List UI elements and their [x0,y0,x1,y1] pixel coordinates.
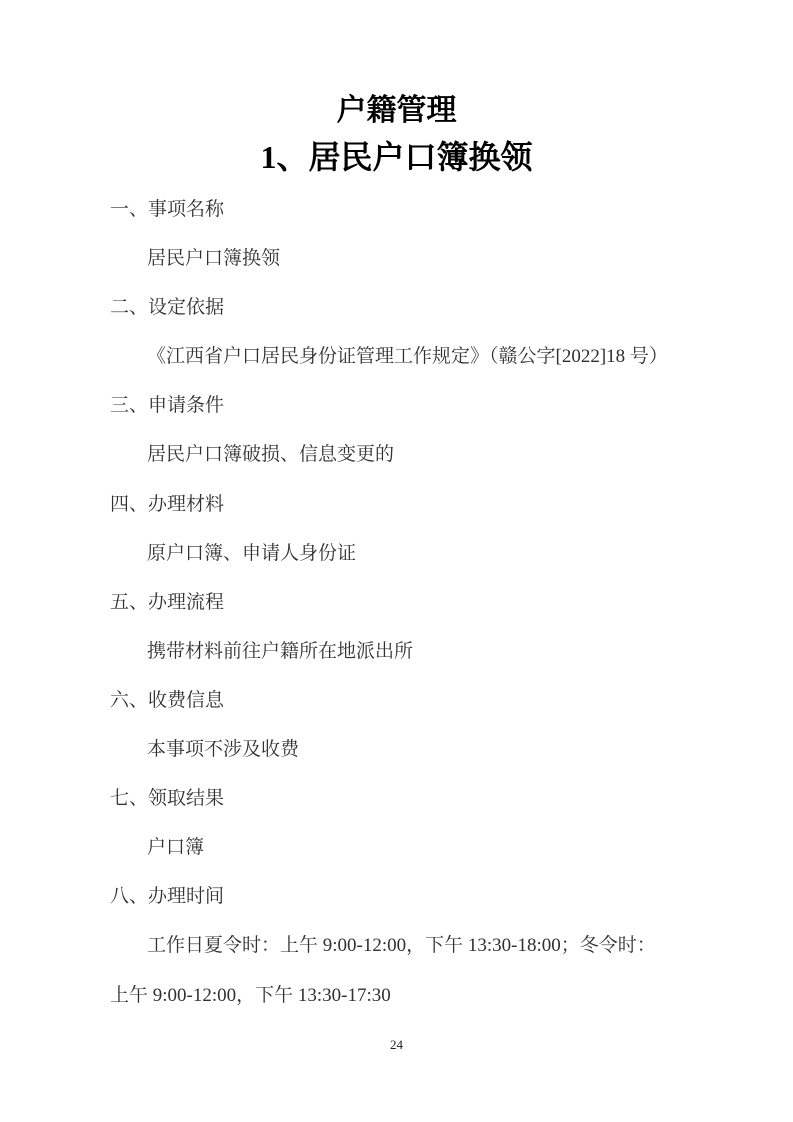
section-7-heading: 七、领取结果 [110,774,683,823]
document-body: 一、事项名称 居民户口簿换领 二、设定依据 《江西省户口居民身份证管理工作规定》… [110,185,683,1020]
page-number: 24 [0,1036,793,1054]
section-4-content: 原户口簿、申请人身份证 [110,529,683,578]
section-8-heading: 八、办理时间 [110,872,683,921]
section-3-content: 居民户口簿破损、信息变更的 [110,430,683,479]
section-4-heading: 四、办理材料 [110,480,683,529]
section-3-heading: 三、申请条件 [110,381,683,430]
section-2-heading: 二、设定依据 [110,283,683,332]
section-1-content: 居民户口簿换领 [110,234,683,283]
page-subtitle: 1、居民户口簿换领 [0,137,793,179]
section-2-content: 《江西省户口居民身份证管理工作规定》（赣公字[2022]18 号） [110,332,683,381]
page-title: 户籍管理 [0,92,793,130]
section-6-heading: 六、收费信息 [110,676,683,725]
section-8-content-line-2: 上午 9:00-12:00，下午 13:30-17:30 [110,971,683,1020]
section-8-content-line-1: 工作日夏令时：上午 9:00-12:00，下午 13:30-18:00；冬令时： [110,921,683,970]
section-7-content: 户口簿 [110,823,683,872]
section-6-content: 本事项不涉及收费 [110,725,683,774]
section-5-heading: 五、办理流程 [110,578,683,627]
section-5-content: 携带材料前往户籍所在地派出所 [110,627,683,676]
section-1-heading: 一、事项名称 [110,185,683,234]
document-page: 户籍管理 1、居民户口簿换领 一、事项名称 居民户口簿换领 二、设定依据 《江西… [0,0,793,1122]
